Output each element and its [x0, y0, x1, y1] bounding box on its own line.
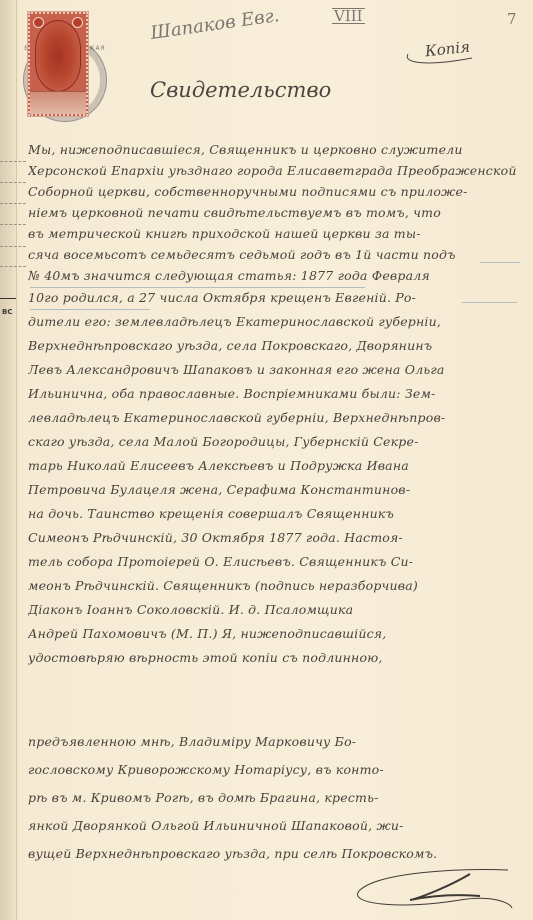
body-line: вущей Верхнеднѣпровскаго уѣзда, при селѣ… [28, 846, 523, 861]
blue-underline [480, 262, 520, 263]
margin-dash-line [0, 161, 26, 162]
body-line: Симеонъ Рѣдчинскій, 30 Октября 1877 года… [28, 530, 523, 545]
body-line: дители его: землевладѣлецъ Екатеринослав… [28, 314, 523, 329]
body-line: Андрей Пахомовичъ (М. П.) Я, нижеподписа… [28, 626, 523, 641]
pencil-note-name: Шапаков Евг. [149, 5, 280, 44]
body-line: левладѣлецъ Екатеринославской губерніи, … [28, 410, 523, 425]
page-number: 7 [507, 10, 517, 28]
body-line: 10го родился, а 27 числа Октября крещенъ… [28, 290, 523, 305]
margin-dash-line [0, 203, 26, 204]
body-line: Ильинична, оба православные. Воспріемник… [28, 386, 523, 401]
body-line: Соборной церкви, собственноручными подпи… [28, 184, 523, 199]
stamp-eagle-emblem-icon [35, 20, 81, 92]
margin-dash-line [0, 246, 26, 247]
margin-dash-line [0, 266, 26, 267]
body-line: № 40мъ значится следующая статья: 1877 г… [28, 268, 523, 283]
blue-underline [30, 287, 365, 288]
body-line: янкой Дворянкой Ольгой Ильиничной Шапако… [28, 818, 523, 833]
body-line: Херсонской Епархіи уѣзднаго города Елиса… [28, 163, 523, 178]
body-line: Левъ Александровичъ Шапаковъ и законная … [28, 362, 523, 377]
margin-dash-line [0, 182, 26, 183]
margin-dash-line [0, 224, 26, 225]
margin-fragment-label: ВС [2, 308, 12, 316]
body-line: рѣ въ м. Кривомъ Рогѣ, въ домѣ Брагина, … [28, 790, 523, 805]
body-line: Діаконъ Іоаннъ Соколовскій. И. д. Псалом… [28, 602, 523, 617]
signature-flourish-icon [340, 860, 520, 915]
body-line: сяча восемьсотъ семьдесятъ седьмой годъ … [28, 247, 523, 262]
body-line: тарь Николай Елисеевъ Алексѣевъ и Подруж… [28, 458, 523, 473]
body-line: въ метрической книгѣ приходской нашей це… [28, 226, 523, 241]
stamp-corner-icon [72, 17, 83, 28]
revenue-stamp [28, 12, 88, 116]
body-line: на дочь. Таинство крещенія совершалъ Свя… [28, 506, 523, 521]
stamp-tab [30, 91, 86, 114]
margin-rule [0, 298, 16, 299]
body-line: ніемъ церковной печати свидѣтельствуемъ … [28, 205, 523, 220]
body-line: скаго уѣзда, села Малой Богородицы, Губе… [28, 434, 523, 449]
body-line: предъявленною мнѣ, Владиміру Марковичу Б… [28, 734, 523, 749]
body-line: удостовѣряю вѣрность этой копіи съ подли… [28, 650, 523, 665]
body-line: Петровича Булацеля жена, Серафима Конста… [28, 482, 523, 497]
roman-numeral-label: VIII [332, 8, 365, 24]
body-line: Мы, нижеподписавшіеся, Священникъ и церк… [28, 142, 523, 157]
document-title: Свидетельство [150, 78, 331, 102]
binding-strip [0, 0, 17, 920]
blue-underline [30, 309, 150, 310]
body-line: гословскому Криворожскому Нотаріусу, въ … [28, 762, 523, 777]
document-page: ВС ЕЛИСАВЕТГРАДСКАЯ ЦЕРКОВЬ Шапаков Евг.… [0, 0, 533, 920]
copy-mark-flourish-icon [400, 44, 480, 68]
body-line: Верхнеднѣпровскаго уѣзда, села Покровска… [28, 338, 523, 353]
body-line: меонъ Рѣдчинскій. Священникъ (подпись не… [28, 578, 523, 593]
body-line: тель собора Протоіерей О. Елисѣевъ. Свящ… [28, 554, 523, 569]
blue-underline [462, 302, 517, 303]
